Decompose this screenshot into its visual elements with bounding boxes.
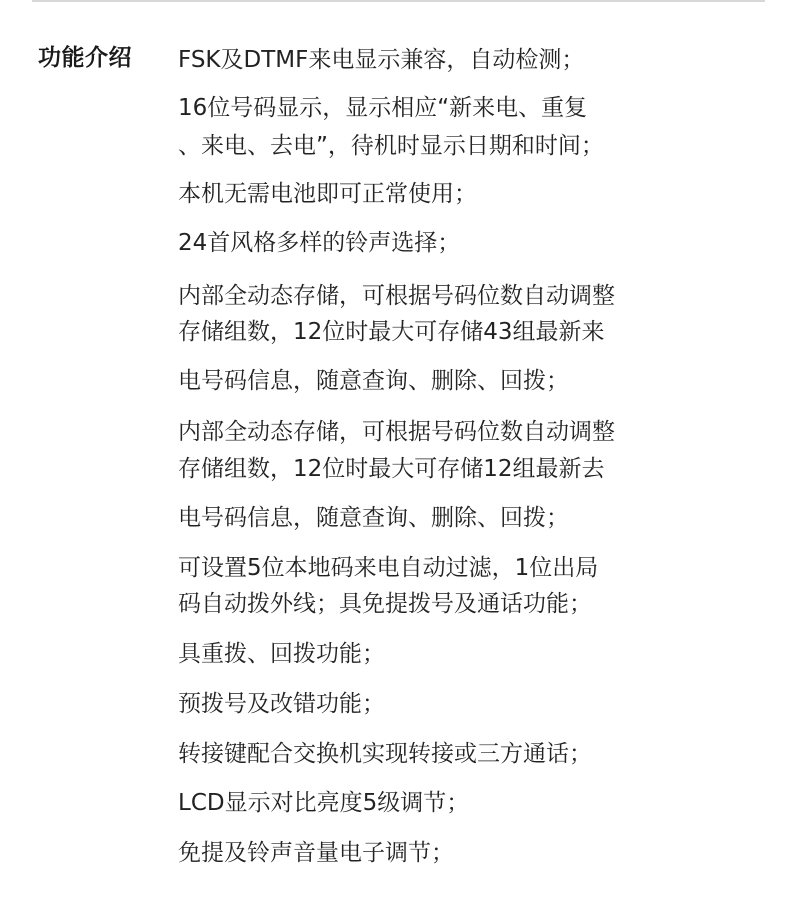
- top-divider: [32, 0, 765, 2]
- feature-line: 免提及铃声音量电子调节；: [178, 837, 454, 869]
- feature-line: 存储组数，12位时最大可存储43组最新来: [178, 316, 605, 348]
- feature-line: 电号码信息，随意查询、删除、回拨；: [178, 502, 569, 534]
- feature-line: 内部全动态存储，可根据号码位数自动调整: [178, 280, 615, 312]
- feature-line: 具重拨、回拨功能；: [178, 638, 385, 670]
- feature-line: LCD显示对比亮度5级调节；: [178, 787, 469, 819]
- feature-line: 24首风格多样的铃声选择；: [178, 227, 460, 259]
- feature-line: 可设置5位本地码来电自动过滤，1位出局: [178, 552, 598, 584]
- feature-line: FSK及DTMF来电显示兼容，自动检测；: [178, 44, 584, 76]
- feature-line: 转接键配合交换机实现转接或三方通话；: [178, 738, 592, 770]
- feature-line: 存储组数，12位时最大可存储12组最新去: [178, 453, 605, 485]
- feature-line: 预拨号及改错功能；: [178, 688, 385, 720]
- feature-line: 16位号码显示，显示相应“新来电、重复: [178, 92, 587, 124]
- feature-line: 内部全动态存储，可根据号码位数自动调整: [178, 416, 615, 448]
- feature-line: 本机无需电池即可正常使用；: [178, 178, 477, 210]
- feature-line: 电号码信息，随意查询、删除、回拨；: [178, 365, 569, 397]
- feature-line: 码自动拨外线；具免提拨号及通话功能；: [178, 588, 592, 620]
- feature-line: 、来电、去电”，待机时显示日期和时间；: [178, 130, 604, 162]
- section-heading: 功能介绍: [38, 42, 132, 74]
